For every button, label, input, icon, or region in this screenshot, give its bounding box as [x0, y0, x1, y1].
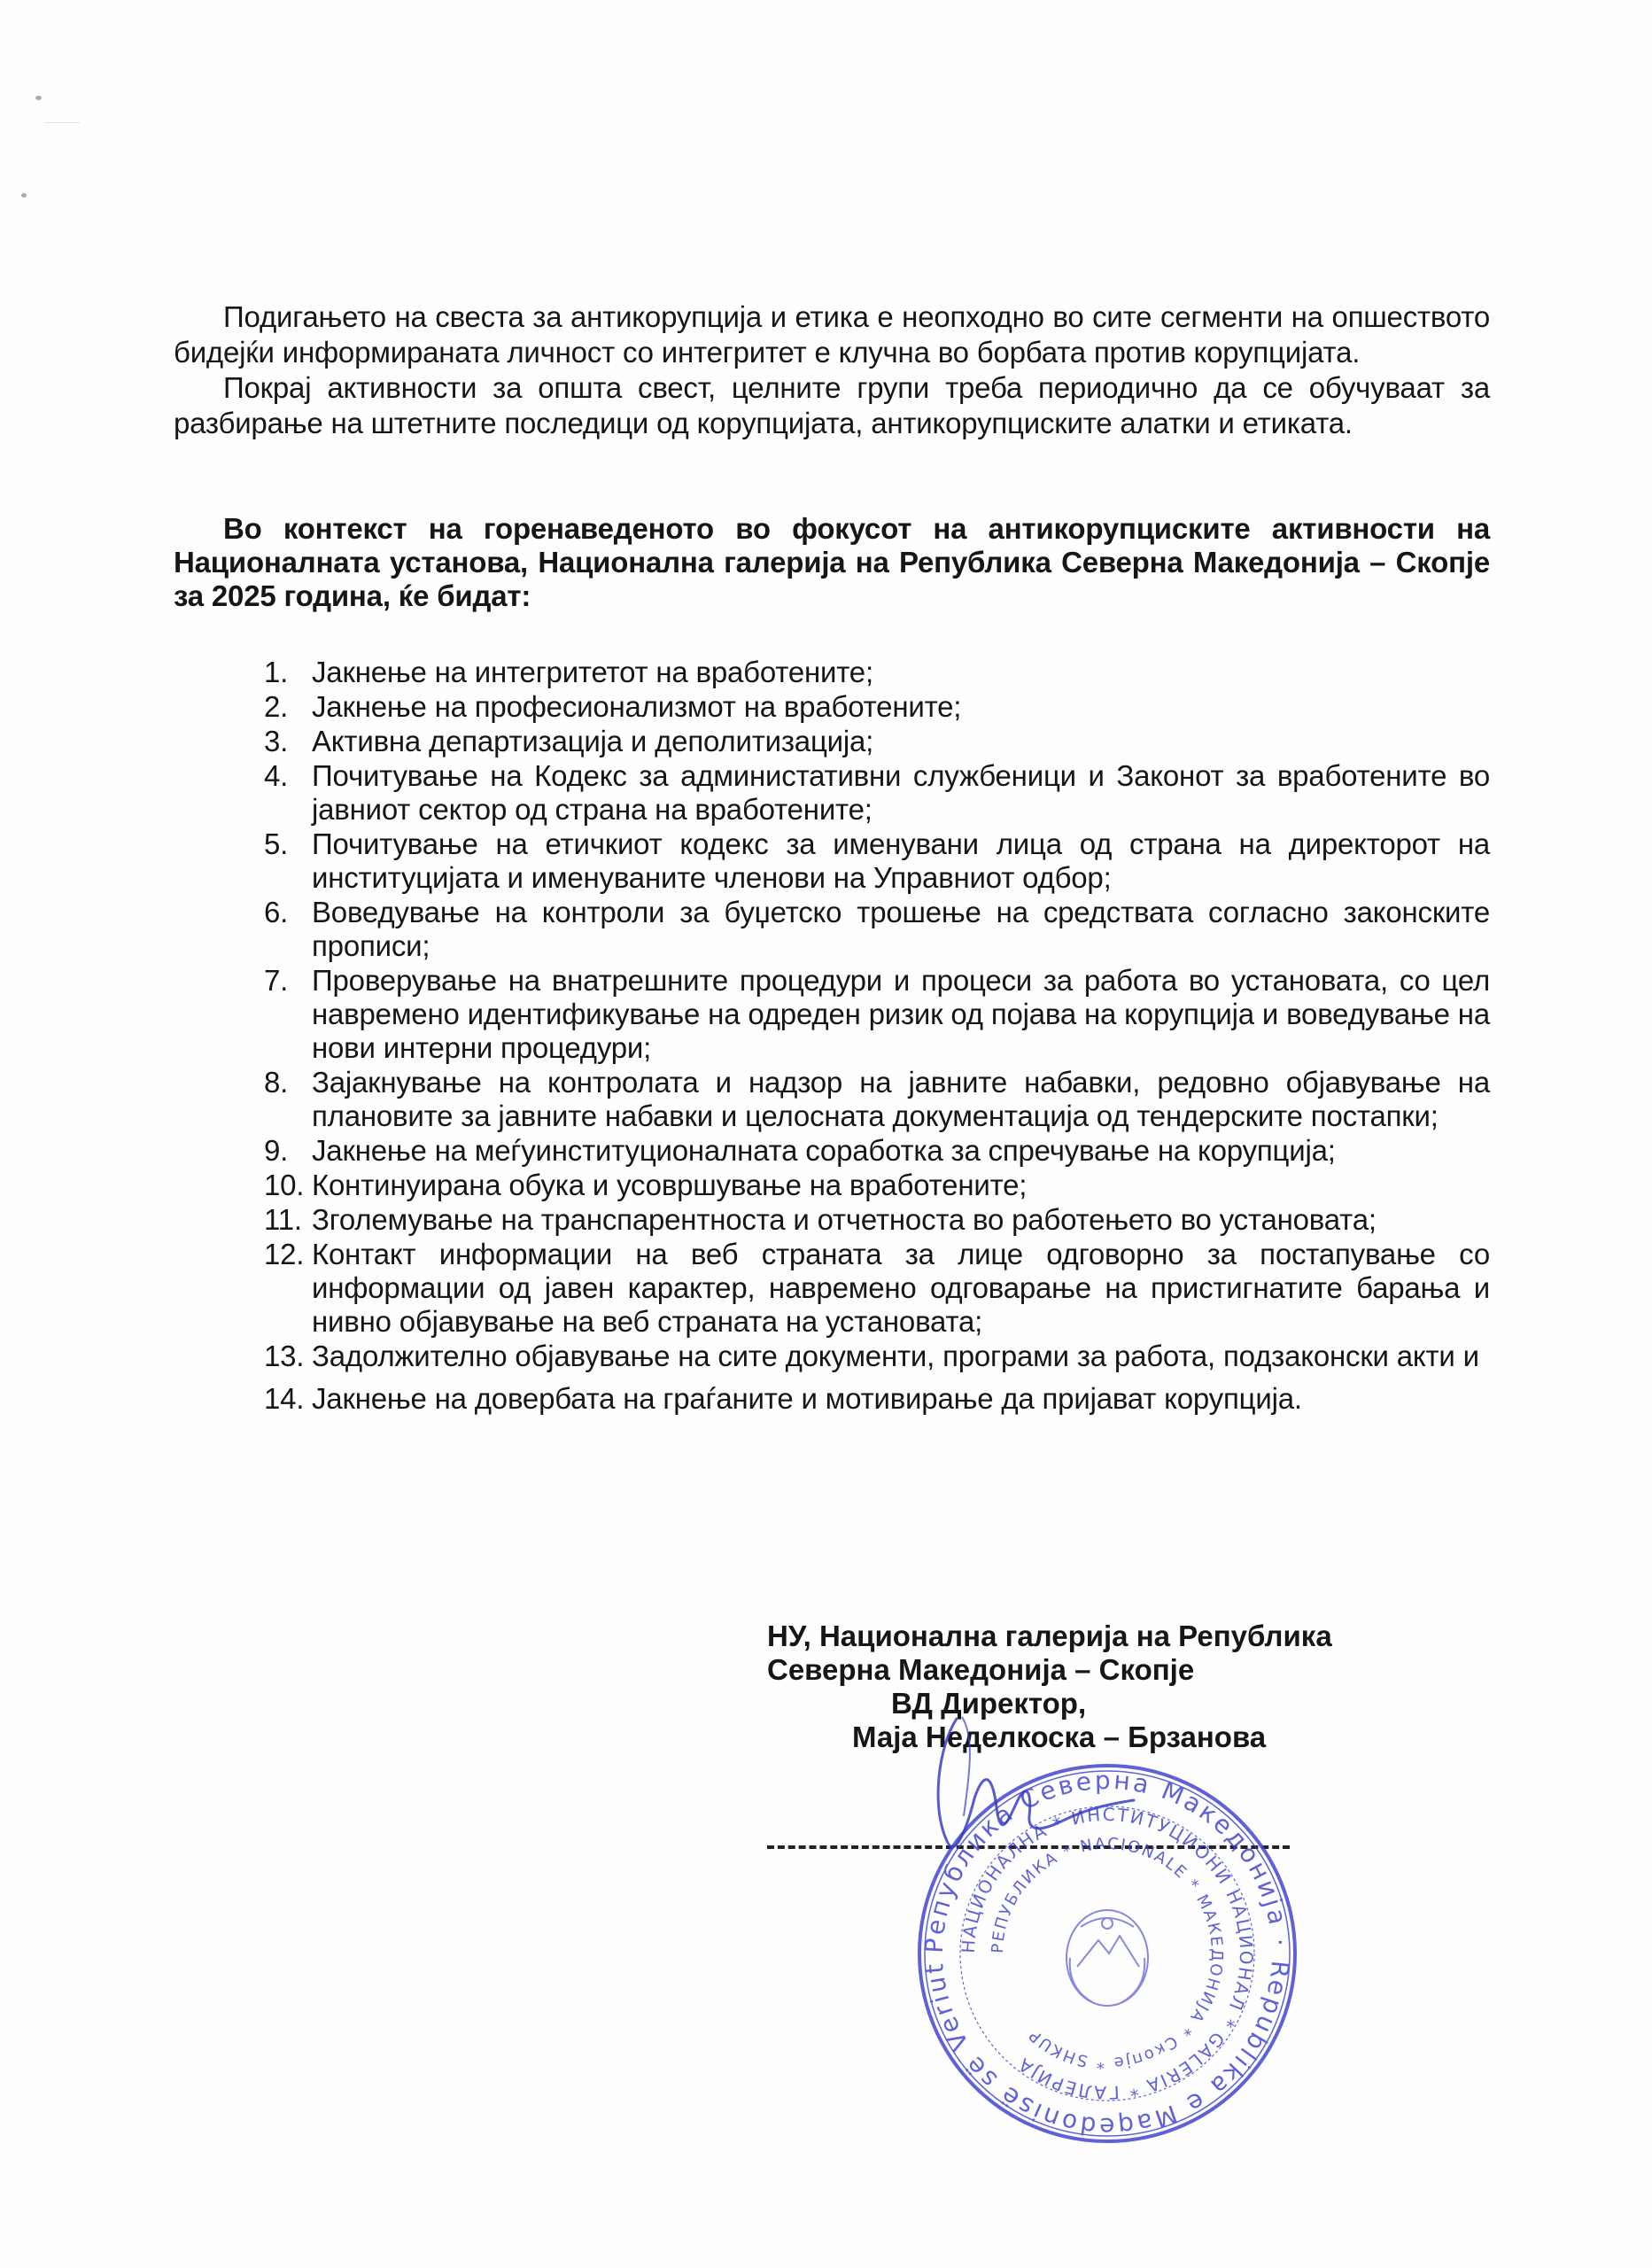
list-item-text: Почитување на етичкиот кодекс за именува…	[312, 827, 1490, 894]
list-item: 12.Контакт информации на веб страната за…	[174, 1238, 1490, 1339]
list-item: 5.Почитување на етичкиот кодекс за имену…	[174, 827, 1490, 895]
list-item-number: 5.	[264, 827, 308, 861]
list-item-text: Континуирана обука и усовршување на враб…	[312, 1169, 1027, 1201]
list-item: 13.Задолжително објавување на сите докум…	[174, 1340, 1490, 1373]
list-item-text: Зголемување на транспарентноста и отчетн…	[312, 1203, 1377, 1236]
list-item-text: Јакнење на интегритетот на вработените;	[312, 656, 873, 688]
list-item-text: Задолжително објавување на сите документ…	[312, 1340, 1479, 1372]
svg-text:Република Северна Македонија ·: Република Северна Македонија · Republika…	[919, 1766, 1295, 2141]
anticorruption-goals-list: 1.Јакнење на интегритетот на вработените…	[174, 656, 1490, 1416]
document-page: Подигањето на свеста за антикорупција и …	[0, 0, 1652, 2268]
list-item-text: Почитување на Кодекс за администативни с…	[312, 759, 1490, 826]
list-item: 10.Континуирана обука и усовршување на в…	[174, 1169, 1490, 1202]
official-stamp-icon: Република Северна Македонија · Republika…	[912, 1759, 1302, 2148]
list-item: 1.Јакнење на интегритетот на вработените…	[174, 656, 1490, 689]
paragraph-awareness: Подигањето на свеста за антикорупција и …	[174, 299, 1490, 370]
list-item: 14.Јакнење на довербата на граѓаните и м…	[174, 1382, 1490, 1416]
list-item-number: 1.	[264, 656, 308, 689]
list-item: 6.Воведување на контроли за буџетско тро…	[174, 896, 1490, 963]
list-item-number: 6.	[264, 896, 308, 929]
list-item-number: 4.	[264, 759, 308, 793]
institution-name-line-2: Северна Македонија – Скопје	[767, 1653, 1387, 1687]
list-item-number: 2.	[264, 690, 308, 724]
list-item-number: 14.	[264, 1382, 308, 1416]
list-item: 3.Активна департизација и деполитизација…	[174, 725, 1490, 758]
signatory-title: ВД Директор,	[767, 1687, 1387, 1720]
list-item-number: 13.	[264, 1340, 308, 1373]
list-item-number: 12.	[264, 1238, 308, 1271]
list-item: 4.Почитување на Кодекс за администативни…	[174, 759, 1490, 827]
signature-dashed-line	[767, 1845, 1290, 1849]
list-item-text: Јакнење на меѓуинституционалната соработ…	[312, 1134, 1336, 1167]
institution-name-line-1: НУ, Национална галерија на Република	[767, 1619, 1387, 1653]
document-body: Подигањето на свеста за антикорупција и …	[174, 299, 1490, 1417]
list-item: 9.Јакнење на меѓуинституционалната сораб…	[174, 1134, 1490, 1168]
list-item-text: Воведување на контроли за буџетско троше…	[312, 896, 1490, 962]
list-item-number: 9.	[264, 1134, 308, 1168]
list-item-text: Јакнење на професионализмот на вработени…	[312, 690, 961, 723]
signatory-name: Маја Неделкоска – Брзанова	[767, 1720, 1387, 1754]
list-item-number: 10.	[264, 1169, 308, 1202]
list-item: 8.Зајакнување на контролата и надзор на …	[174, 1066, 1490, 1133]
list-item-text: Контакт информации на веб страната за ли…	[312, 1238, 1490, 1338]
paragraph-training: Покрај активности за општа свест, целнит…	[174, 370, 1490, 441]
list-item: 2.Јакнење на професионализмот на вработе…	[174, 690, 1490, 724]
list-item-number: 3.	[264, 725, 308, 758]
list-item: 7.Проверување на внатрешните процедури и…	[174, 964, 1490, 1065]
list-item-number: 11.	[264, 1203, 308, 1237]
list-item-number: 7.	[264, 964, 308, 998]
svg-text:РЕПУБЛИКА * NACIONALE * МАКЕДО: РЕПУБЛИКА * NACIONALE * МАКЕДОНИЈА * Ско…	[989, 1835, 1226, 2072]
list-item-text: Проверување на внатрешните процедури и п…	[312, 964, 1490, 1064]
list-item-text: Зајакнување на контролата и надзор на ја…	[312, 1066, 1490, 1132]
signature-block: НУ, Национална галерија на Република Сев…	[767, 1619, 1387, 1754]
intro-bold-paragraph: Во контекст на горенаведеното во фокусот…	[174, 512, 1490, 613]
list-item-text: Јакнење на довербата на граѓаните и моти…	[312, 1382, 1302, 1415]
list-item-number: 8.	[264, 1066, 308, 1099]
list-item-text: Активна департизација и деполитизација;	[312, 725, 873, 757]
list-item: 11.Зголемување на транспарентноста и отч…	[174, 1203, 1490, 1237]
